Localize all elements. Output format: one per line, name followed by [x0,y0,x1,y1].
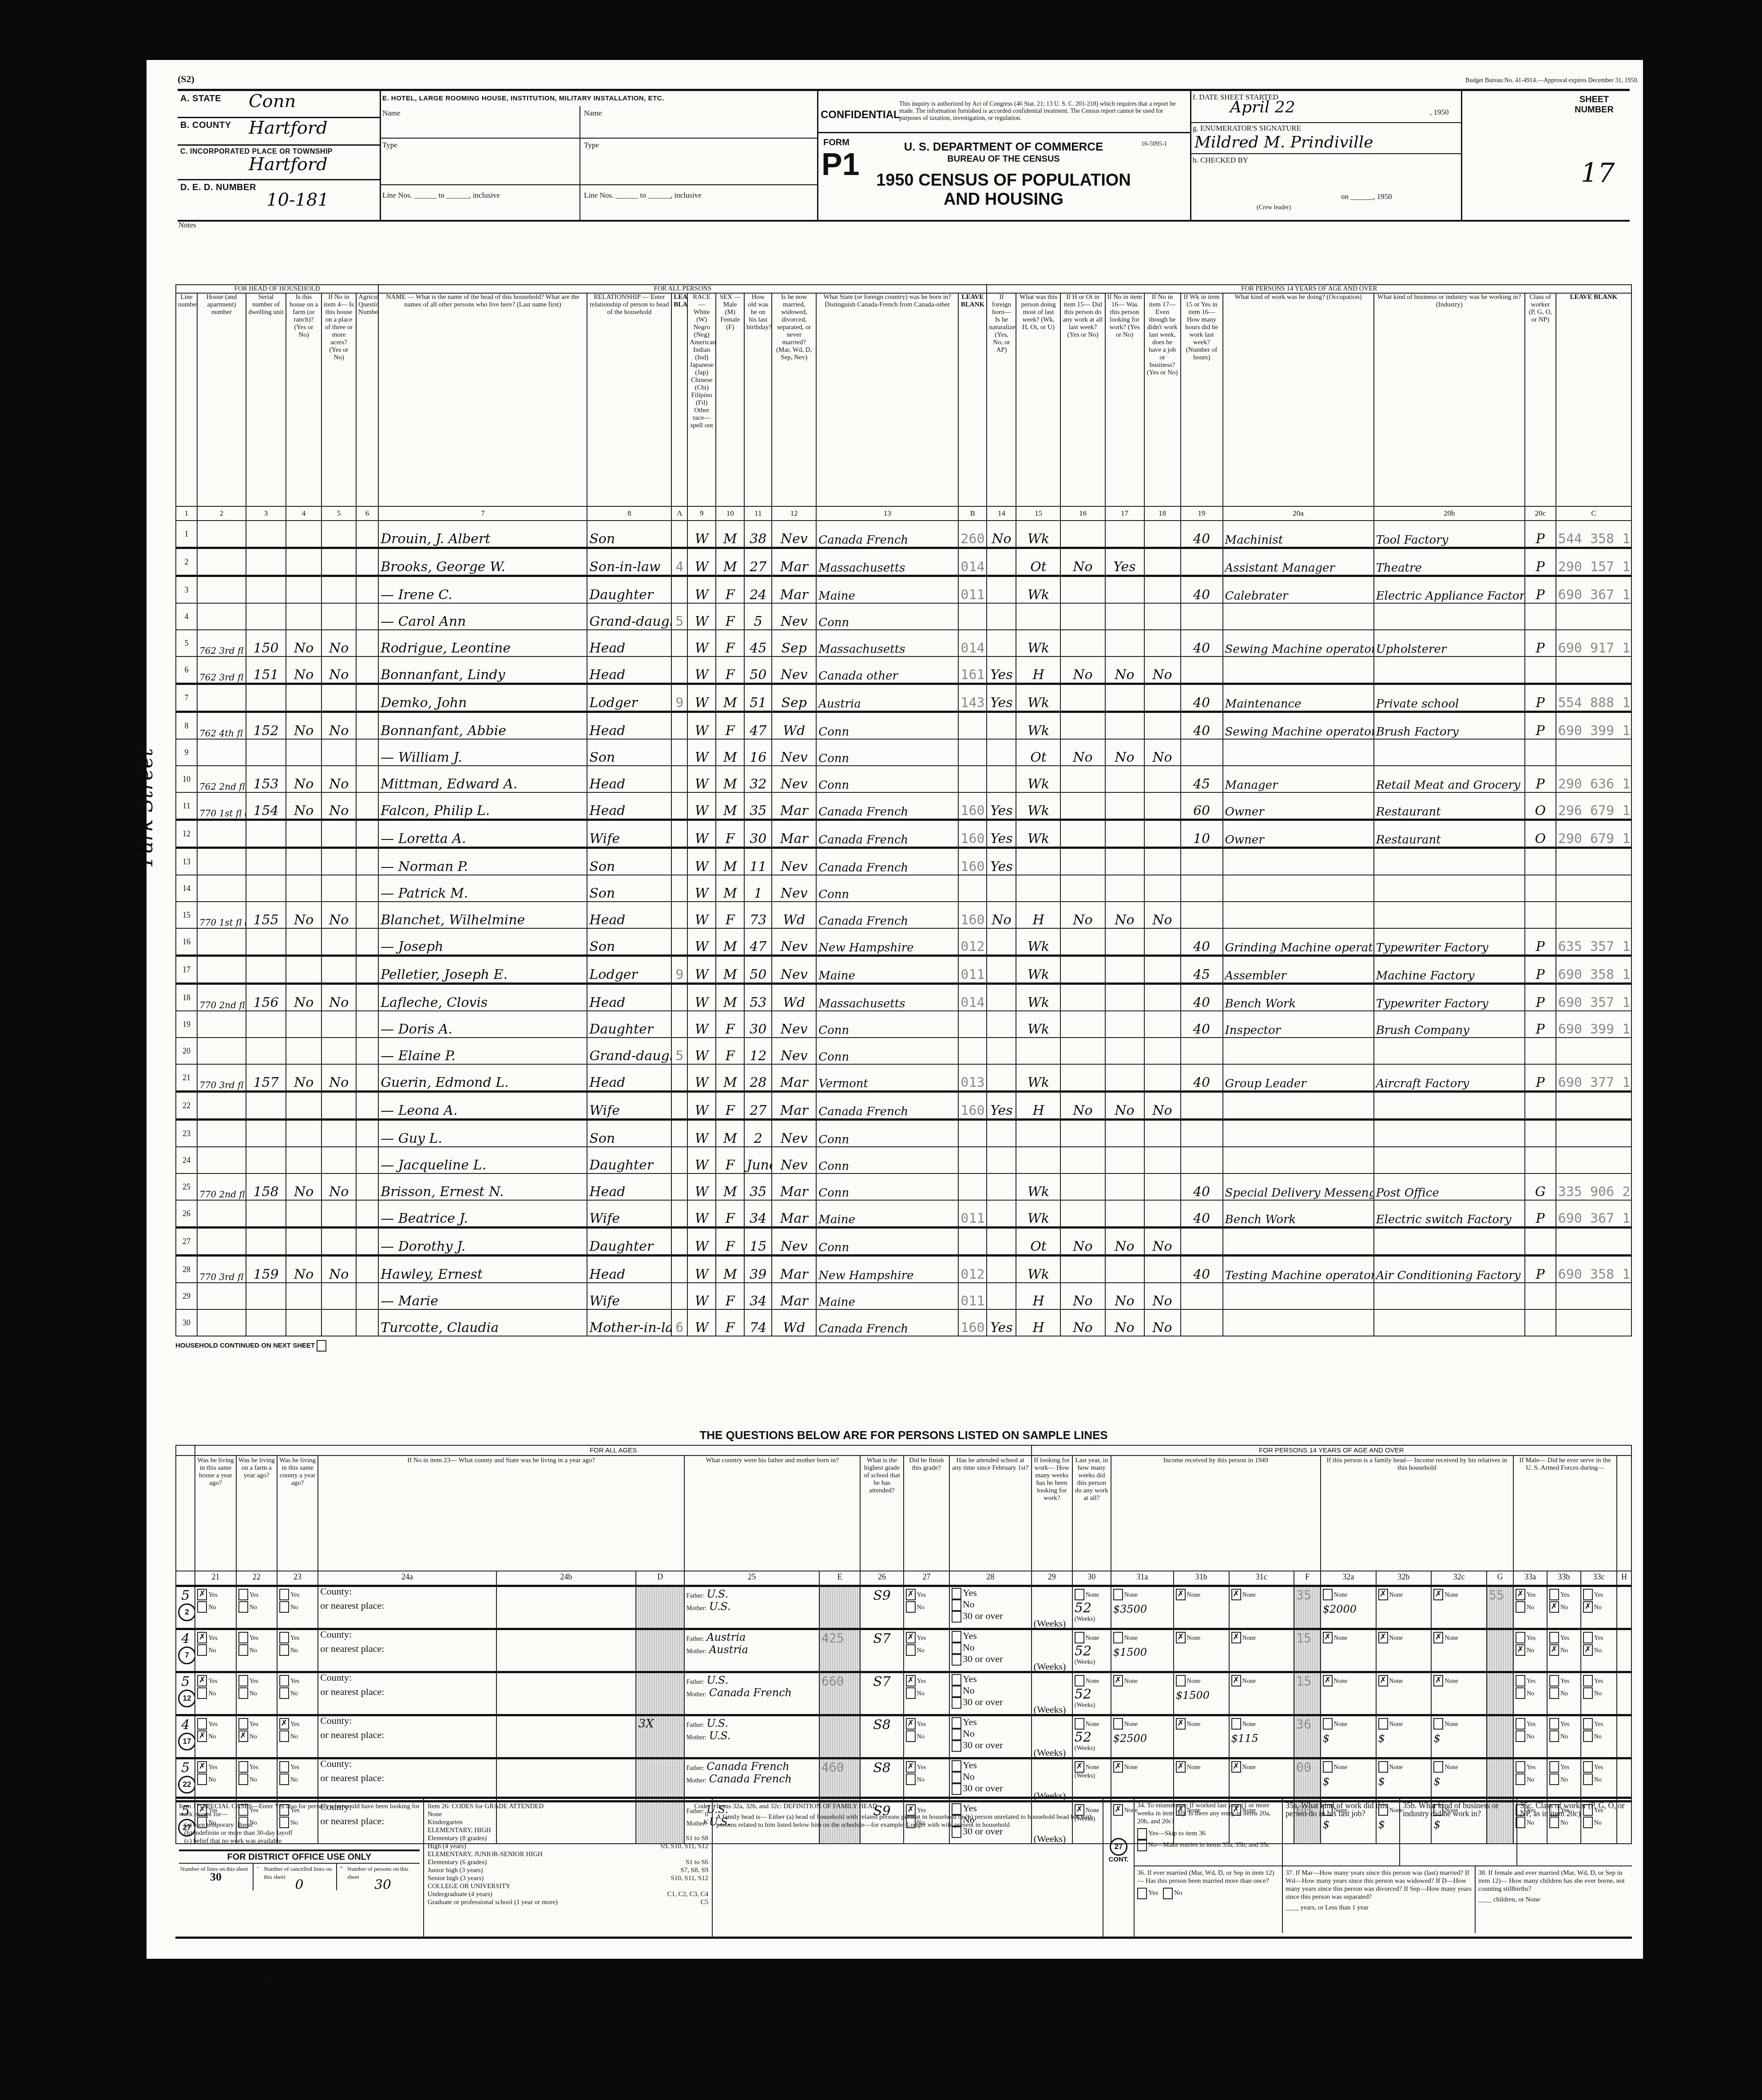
cell-nat [987,1256,1016,1283]
cell-ind [1374,603,1525,630]
agri-number-cell [356,928,378,956]
cell-serial [246,548,286,576]
q21-no-checkbox[interactable] [197,1644,207,1656]
grade-code-row: Senior high (3 years)S10, S11, S12 [428,1874,708,1882]
header-28: Has he attended school at any time since… [949,1456,1032,1571]
column-number-20b: 20b [1374,506,1525,521]
q31c-none-checkbox[interactable] [1231,1718,1241,1730]
cell-mar: Wd [772,902,816,928]
cell-code: 296 679 1 [1556,792,1631,820]
cell-name: Bonnanfant, Abbie [378,712,587,740]
grade-codes-box: Item 26: CODES for GRADE ATTENDEDCode No… [424,1799,713,1937]
cell-occ [1223,902,1374,928]
q21-no-checkbox[interactable] [197,1687,207,1699]
cell-house [197,928,246,956]
cell-31c: ✗None [1229,1586,1294,1629]
q22-yes-checkbox[interactable] [238,1632,248,1643]
q27-no-checkbox[interactable] [906,1644,916,1656]
cell-rel: Mother-in-law [587,1309,671,1336]
column-number-16: 16 [1060,506,1105,521]
q33a-yes-checkbox[interactable] [1516,1675,1525,1686]
q31c-none-checkbox[interactable]: ✗ [1231,1761,1241,1773]
cell-birth: Conn [816,1228,958,1256]
q33c-no-checkbox[interactable] [1583,1687,1593,1699]
q33a-yes-checkbox[interactable] [1516,1761,1525,1773]
cell-serial [246,1228,286,1256]
q33c-no-checkbox[interactable]: ✗ [1583,1601,1593,1613]
q23-yes-checkbox[interactable] [279,1632,289,1643]
cell-c18: No [1144,1092,1181,1120]
cell-name: Bonnanfant, Lindy [378,656,587,684]
cell-c16 [1060,820,1105,848]
q31b-none-checkbox[interactable]: ✗ [1176,1589,1186,1600]
column-number-19: 19 [1181,506,1223,521]
cell-hrs [1181,656,1223,684]
column-header-18: If No in item 17— Even though he didn't … [1144,293,1181,506]
q33c-no-checkbox[interactable] [1583,1730,1593,1742]
q31b-none-checkbox[interactable]: ✗ [1176,1761,1186,1773]
enumerator-label: g. ENUMERATOR'S SIGNATURE [1193,124,1301,133]
cell-act: H [1016,1092,1060,1120]
cell-birth: Maine [816,1200,958,1228]
cell-c18 [1144,766,1181,792]
q22-yes-checkbox[interactable] [238,1675,248,1686]
cell-sex: F [716,1147,744,1173]
q23-yes-checkbox[interactable]: ✗ [279,1718,289,1730]
cell-e: 660 [819,1672,860,1715]
cell-cls [1525,1147,1556,1173]
mother-birthplace: Austria [709,1643,748,1656]
cell-cls: P [1525,766,1556,792]
q22-yes-checkbox[interactable] [238,1589,248,1600]
cell-c18 [1144,1011,1181,1038]
cell-nat [987,1011,1016,1038]
place-value: Hartford [249,154,328,175]
agri-number-cell [356,576,378,604]
q27-no-checkbox[interactable] [906,1730,916,1742]
cell-farm [286,1309,321,1336]
cell-d [636,1586,684,1629]
grade-code-row: COLLEGE OR UNIVERSITY [428,1882,708,1890]
cell-acres [321,928,356,956]
q27-no-checkbox[interactable] [906,1601,916,1613]
agri-number-cell [356,712,378,740]
cell-hrs [1181,848,1223,875]
cell-c18 [1144,603,1181,630]
q22-no-checkbox[interactable] [238,1601,248,1613]
cell-act: H [1016,656,1060,684]
cell-name: — Norman P. [378,848,587,875]
cell-b [958,739,987,766]
cell-33c: Yes No [1581,1715,1617,1758]
q32c-none-checkbox[interactable] [1433,1761,1443,1773]
q33a-no-checkbox[interactable] [1516,1730,1525,1742]
cell-serial [246,1147,286,1173]
cell-birth: Maine [816,576,958,604]
q31a-none-checkbox[interactable] [1113,1718,1123,1730]
cell-race: W [687,1038,716,1064]
q21-no-checkbox[interactable] [197,1774,207,1785]
cell-33a: Yes ✗No [1513,1629,1547,1672]
q31a-none-checkbox[interactable] [1113,1632,1123,1643]
q33c-no-checkbox[interactable] [1583,1774,1593,1785]
cell-nat [987,630,1016,656]
column-header-4: Is this house on a farm (or ranch)? (Yes… [286,293,321,506]
q21-yes-checkbox[interactable]: ✗ [197,1632,207,1643]
cell-age: 53 [744,984,772,1011]
agri-number-cell [356,1173,378,1200]
column-number-11: 11 [744,506,772,521]
cell-rel: Head [587,902,671,928]
q31a-none-checkbox[interactable]: ✗ [1113,1761,1123,1773]
cell-birth: Canada French [816,521,958,548]
q33c-no-checkbox[interactable]: ✗ [1583,1644,1593,1656]
q33b-no-checkbox[interactable] [1549,1730,1559,1742]
cell-mar: Mar [772,820,816,848]
q32b-none-checkbox[interactable]: ✗ [1378,1675,1388,1686]
cell-serial [246,1120,286,1147]
q27-yes-checkbox[interactable]: ✗ [906,1761,916,1773]
cont-line-circle: 27 [1110,1838,1127,1856]
q22-no-checkbox[interactable]: ✗ [238,1730,248,1742]
margin-count: 4 [178,1631,193,1647]
q36-no-checkbox[interactable] [1163,1888,1173,1899]
q32b-none-checkbox[interactable] [1378,1761,1388,1773]
cell-race: W [687,1309,716,1336]
cell-hrs: 40 [1181,712,1223,740]
cell-birth: Canada French [816,848,958,875]
q23-yes-checkbox[interactable] [279,1675,289,1686]
cell-name: Hawley, Ernest [378,1256,587,1283]
cell-serial [246,956,286,984]
column-number-8: 8 [587,506,671,521]
agri-number-cell [356,1011,378,1038]
q33a-yes-checkbox[interactable] [1516,1718,1525,1730]
cell-farm [286,684,321,712]
cell-race: W [687,875,716,902]
q23-no-checkbox[interactable] [279,1601,289,1613]
cell-code: 690 367 1 [1556,1200,1631,1228]
cell-h [1617,1672,1631,1715]
q31c-amount: $115 [1231,1732,1292,1745]
q32b-none-checkbox[interactable]: ✗ [1378,1632,1388,1643]
cell-mar: Nev [772,1038,816,1064]
institution-label: e. HOTEL, LARGE ROOMING HOUSE, INSTITUTI… [382,95,664,102]
person-row: 14— Patrick M.SonWM1NevConn [176,875,1631,902]
q22-no-checkbox[interactable] [238,1687,248,1699]
cell-ind: Private school [1374,684,1525,712]
cell-farm [286,956,321,984]
cell-name: — Doris A. [378,1011,587,1038]
q33b-no-checkbox[interactable]: ✗ [1549,1601,1559,1613]
cell-act: Wk [1016,792,1060,820]
q32c-none-checkbox[interactable]: ✗ [1433,1589,1443,1600]
q32a-none-checkbox[interactable] [1323,1589,1333,1600]
cell-32a: None $ [1321,1715,1376,1758]
q35a: 35a. What kind of work did this person d… [1283,1799,1400,1865]
q33a-no-checkbox[interactable]: ✗ [1516,1644,1525,1656]
q23-yes-checkbox[interactable] [279,1761,289,1773]
form-number: P1 [821,149,860,180]
q31b-none-checkbox[interactable]: ✗ [1176,1718,1186,1730]
cell-rel: Head [587,984,671,1011]
cell-act [1016,603,1060,630]
cell-line: 24 [176,1147,197,1173]
cell-name: Falcon, Philip L. [378,792,587,820]
cell-rel: Wife [587,1283,671,1309]
cell-g [1487,1758,1513,1802]
cell-d [636,1629,684,1672]
cell-24b [496,1672,636,1715]
cell-acres: No [321,792,356,820]
cell-code [1556,1228,1631,1256]
q32a-amount: $2000 [1323,1603,1374,1615]
cell-b: 012 [958,928,987,956]
q33b-yes-checkbox[interactable] [1549,1761,1559,1773]
cell-birth: Vermont [816,1064,958,1092]
cell-32c: ✗None [1431,1586,1487,1629]
q32b-amount: $ [1378,1775,1429,1788]
q33b-yes-checkbox[interactable] [1549,1632,1559,1643]
cell-ind [1374,739,1525,766]
q31a-none-checkbox[interactable]: ✗ [1113,1675,1123,1686]
q32b-none-checkbox[interactable]: ✗ [1378,1589,1388,1600]
grade-code-row: Junior high (3 years)S7, S8, S9 [428,1866,708,1874]
cell-name: Brisson, Ernest N. [378,1173,587,1200]
q32c-none-checkbox[interactable]: ✗ [1433,1632,1443,1643]
sample-line-number: 2 [178,1603,195,1621]
cell-cls: P [1525,684,1556,712]
cell-age: 74 [744,1309,772,1336]
cell-27: ✗Yes No [904,1586,949,1629]
header-21: Was he living in this same house a year … [195,1456,236,1571]
q31c-none-checkbox[interactable]: ✗ [1231,1632,1241,1643]
cell-a [671,1147,687,1173]
q27-yes-checkbox[interactable]: ✗ [906,1675,916,1686]
q31b-none-checkbox[interactable] [1176,1675,1186,1686]
q21-yes-checkbox[interactable]: ✗ [197,1589,207,1600]
q31c-none-checkbox[interactable]: ✗ [1231,1675,1241,1686]
q38: 38. If female and ever married (Mar, Wd,… [1478,1869,1629,1893]
q21-yes-checkbox[interactable]: ✗ [197,1761,207,1773]
cell-birth: Conn [816,1173,958,1200]
person-row: 28770 3rd fl (A)159NoNoHawley, ErnestHea… [176,1256,1631,1283]
q23-no-checkbox[interactable] [279,1774,289,1785]
sample-section-title: THE QUESTIONS BELOW ARE FOR PERSONS LIST… [175,1426,1632,1445]
q27-no-checkbox[interactable] [906,1774,916,1785]
agri-number-cell [356,956,378,984]
cell-act: Ot [1016,548,1060,576]
cell-name: Blanchet, Wilhelmine [378,902,587,928]
cell-birth: Massachusetts [816,548,958,576]
q22-no-checkbox[interactable] [238,1774,248,1785]
q32a-none-checkbox[interactable] [1323,1761,1333,1773]
cell-32b: ✗None [1376,1629,1432,1672]
agri-number-cell [356,1064,378,1092]
cell-nat [987,576,1016,604]
q34-yes-checkbox[interactable] [1137,1828,1147,1840]
q32a-none-checkbox[interactable]: ✗ [1323,1675,1333,1686]
cell-mar: Mar [772,1064,816,1092]
cell-b: 014 [958,630,987,656]
q33b-yes-checkbox[interactable] [1549,1718,1559,1730]
q32c-none-checkbox[interactable] [1433,1718,1443,1730]
q33b-no-checkbox[interactable]: ✗ [1549,1644,1559,1656]
cell-rel: Daughter [587,576,671,604]
q33b-no-checkbox[interactable] [1549,1774,1559,1785]
cell-age: 2 [744,1120,772,1147]
q33b-no-checkbox[interactable] [1549,1687,1559,1699]
cell-age: 24 [744,576,772,604]
q31a-none-checkbox[interactable] [1113,1589,1123,1600]
q27-yes-checkbox[interactable]: ✗ [906,1589,916,1600]
q33b-yes-checkbox[interactable] [1549,1675,1559,1686]
cell-line: 11 [176,792,197,820]
q33b-yes-checkbox[interactable] [1549,1589,1559,1600]
q23-no-checkbox[interactable] [279,1687,289,1699]
cell-age: 45 [744,630,772,656]
q33c-yes-checkbox[interactable] [1583,1675,1593,1686]
cell-age: 47 [744,712,772,740]
cell-b: 014 [958,984,987,1011]
q21-yes-checkbox[interactable]: ✗ [197,1675,207,1686]
q21-yes-checkbox[interactable] [197,1718,207,1730]
q21-no-checkbox[interactable]: ✗ [197,1730,207,1742]
q27-yes-checkbox[interactable]: ✗ [906,1718,916,1730]
cell-a [671,630,687,656]
q22-no-checkbox[interactable] [238,1644,248,1656]
cell-c16: No [1060,1309,1105,1336]
q34-no-checkbox[interactable] [1137,1840,1147,1851]
cell-sex: M [716,928,744,956]
cell-act [1016,1147,1060,1173]
cell-rel: Son [587,875,671,902]
cell-27: ✗Yes No [904,1672,949,1715]
institution-block: e. HOTEL, LARGE ROOMING HOUSE, INSTITUTI… [380,91,818,220]
cell-c16 [1060,792,1105,820]
q21-no-checkbox[interactable] [197,1601,207,1613]
cell-c17 [1105,848,1144,875]
header-32: If this person is a family head— Income … [1321,1456,1513,1571]
q33a-no-checkbox[interactable] [1516,1687,1525,1699]
cell-age: 34 [744,1200,772,1228]
person-row: 16— JosephSonWM47NevNew Hampshire012Wk40… [176,928,1631,956]
cell-33a: ✗Yes No [1513,1586,1547,1629]
cell-farm: No [286,1256,321,1283]
cell-rel: Grand-daughter [587,1038,671,1064]
cell-cls [1525,848,1556,875]
cell-age: 27 [744,1092,772,1120]
cell-serial: 151 [246,656,286,684]
q23-yes-checkbox[interactable] [279,1589,289,1600]
q22-yes-checkbox[interactable] [238,1761,248,1773]
cell-act: Wk [1016,1173,1060,1200]
cell-25: Father: U.S.Mother: Canada French [684,1672,819,1715]
q23-no-checkbox[interactable] [279,1644,289,1656]
q35c: 35c. Class of worker (P, G, O, or NP, as… [1517,1799,1632,1865]
sample-row: 417 Yes ✗No Yes ✗No ✗Yes No County:or ne… [176,1715,1631,1758]
cell-acres: No [321,984,356,1011]
q33a-no-checkbox[interactable] [1516,1774,1525,1785]
column-header-A: LEAVE BLANK [671,293,687,506]
cell-c18 [1144,928,1181,956]
cell-acres: No [321,1173,356,1200]
q27-yes-checkbox[interactable]: ✗ [906,1632,916,1643]
cell-hrs [1181,1092,1223,1120]
cell-birth: Canada French [816,1309,958,1336]
cell-birth: Conn [816,1011,958,1038]
cell-serial: 152 [246,712,286,740]
q31b-none-checkbox[interactable]: ✗ [1176,1632,1186,1643]
cell-code [1556,1120,1631,1147]
special-case-a: (a) own temporary illness [184,1821,420,1829]
q33a-no-checkbox[interactable] [1516,1601,1525,1613]
column-header-14: If foreign born— Is he naturalized? (Yes… [987,293,1016,506]
cell-ind: Electric switch Factory [1374,1200,1525,1228]
q33a-yes-checkbox[interactable] [1516,1632,1525,1643]
column-header-1: Line number [176,293,197,506]
q33c-yes-checkbox[interactable] [1583,1761,1593,1773]
cell-act: Wk [1016,820,1060,848]
q22-yes-checkbox[interactable] [238,1718,248,1730]
q27-no-checkbox[interactable] [906,1687,916,1699]
header-33: If Male— Did he ever serve in the U. S. … [1513,1456,1617,1571]
column-number-9: 9 [687,506,716,521]
q32a-none-checkbox[interactable]: ✗ [1323,1632,1333,1643]
cell-acres [321,548,356,576]
cell-31c: None $115 [1229,1715,1294,1758]
q36-yes-checkbox[interactable] [1137,1888,1147,1899]
cell-line: 5 [176,630,197,656]
q23-no-checkbox[interactable] [279,1730,289,1742]
cell-nat [987,1228,1016,1256]
person-row: 22— Leona A.WifeWF27MarCanada French160Y… [176,1092,1631,1120]
cell-cls: G [1525,1173,1556,1200]
cell-nat: Yes [987,820,1016,848]
q32b-none-checkbox[interactable] [1378,1718,1388,1730]
line-nos-label-2: Line Nos. ______ to ______, inclusive [584,191,702,200]
cell-nat [987,984,1016,1011]
cell-name: Brooks, George W. [378,548,587,576]
q33a-yes-checkbox[interactable]: ✗ [1516,1589,1525,1600]
q33c-yes-checkbox[interactable] [1583,1632,1593,1643]
q32c-none-checkbox[interactable]: ✗ [1433,1675,1443,1686]
cell-hrs [1181,1283,1223,1309]
q33c-yes-checkbox[interactable] [1583,1718,1593,1730]
cell-line: 16 [176,928,197,956]
q33c-yes-checkbox[interactable] [1583,1589,1593,1600]
cell-c17: No [1105,739,1144,766]
sample-col-number-D: D [636,1571,684,1586]
cell-a [671,848,687,875]
cell-29: (Weeks) [1032,1672,1072,1715]
cell-farm [286,1228,321,1256]
household-continued-checkbox[interactable] [317,1340,326,1352]
cell-24a: County:or nearest place: [318,1758,496,1802]
cell-act [1016,848,1060,875]
cell-line: 23 [176,1120,197,1147]
cell-a [671,1228,687,1256]
q32a-none-checkbox[interactable] [1323,1718,1333,1730]
cell-sex: F [716,576,744,604]
cell-c17 [1105,928,1144,956]
cell-a [671,902,687,928]
cell-birth: Conn [816,1038,958,1064]
cell-33c: Yes No [1581,1758,1617,1802]
column-number-7: 7 [378,506,587,521]
q31c-none-checkbox[interactable]: ✗ [1231,1589,1241,1600]
grade-code-row: ELEMENTARY, JUNIOR-SENIOR HIGH [428,1850,708,1858]
